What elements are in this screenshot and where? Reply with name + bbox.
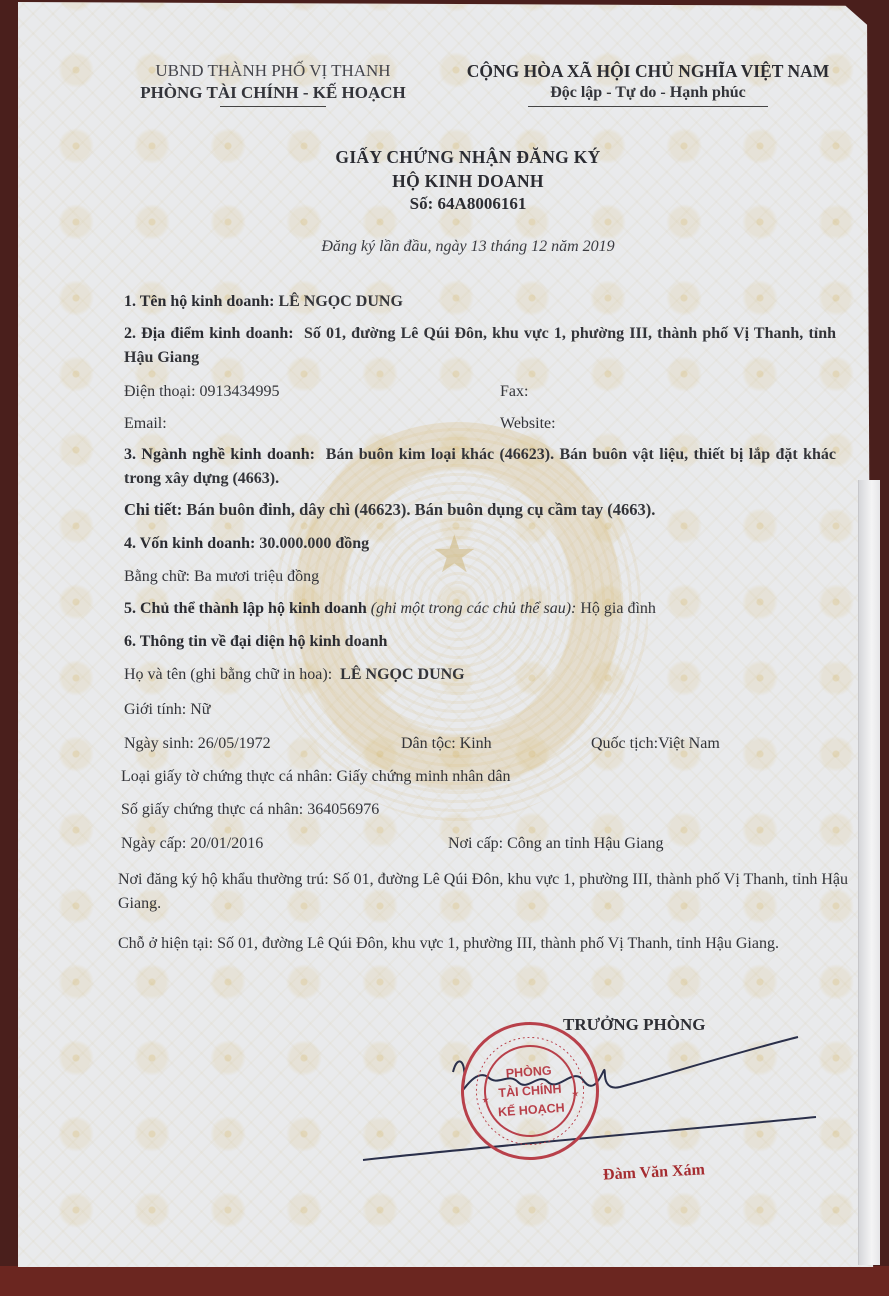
field-label: Loại giấy tờ chứng thực cá nhân: bbox=[121, 768, 333, 785]
ethnicity-value: Kinh bbox=[460, 735, 492, 752]
authority-line-1: UBND THÀNH PHỐ VỊ THANH bbox=[108, 60, 438, 82]
field-label: 3. Ngành nghề kinh doanh: bbox=[124, 446, 315, 463]
field-label: Nơi đăng ký hộ khẩu thường trú: bbox=[118, 871, 329, 888]
capital-value: 30.000.000 đồng bbox=[259, 535, 369, 552]
id-issue-date-row: Ngày cấp: 20/01/2016 bbox=[121, 834, 263, 854]
id-issue-place-row: Nơi cấp: Công an tỉnh Hậu Giang bbox=[448, 834, 664, 854]
dob-row: Ngày sinh: 26/05/1972 bbox=[124, 734, 271, 754]
id-number-row: Số giấy chứng thực cá nhân: 364056976 bbox=[121, 800, 379, 820]
issuing-authority: UBND THÀNH PHỐ VỊ THANH PHÒNG TÀI CHÍNH … bbox=[108, 60, 438, 107]
founder-type: Hộ gia đình bbox=[580, 600, 656, 617]
website-row: Website: bbox=[500, 414, 556, 434]
business-lines-row: 3. Ngành nghề kinh doanh: Bán buôn kim l… bbox=[124, 443, 836, 491]
title-line-2: HỘ KINH DOANH bbox=[218, 169, 718, 193]
field-label: Họ và tên (ghi bằng chữ in hoa): bbox=[124, 666, 332, 683]
field-label: Bằng chữ: bbox=[124, 568, 190, 585]
certificate-document: ★ UBND THÀNH PHỐ VỊ THANH PHÒNG TÀI CHÍN… bbox=[18, 2, 880, 1267]
motto: Độc lập - Tự do - Hạnh phúc bbox=[438, 82, 858, 104]
field-label: Số giấy chứng thực cá nhân: bbox=[121, 801, 303, 818]
field-label: Quốc tịch: bbox=[591, 735, 658, 752]
ethnicity-row: Dân tộc: Kinh bbox=[401, 734, 492, 754]
field-label: 1. Tên hộ kinh doanh: bbox=[124, 293, 274, 310]
business-location-row: 2. Địa điểm kinh doanh: Số 01, đường Lê … bbox=[124, 322, 836, 370]
field-label: 4. Vốn kinh doanh: bbox=[124, 535, 255, 552]
phone-row: Điện thoại: 0913434995 bbox=[124, 382, 280, 402]
id-issue-place-value: Công an tỉnh Hậu Giang bbox=[507, 835, 663, 852]
country-name: CỘNG HÒA XÃ HỘI CHỦ NGHĨA VIỆT NAM bbox=[438, 60, 858, 82]
divider bbox=[528, 106, 768, 107]
authority-line-2: PHÒNG TÀI CHÍNH - KẾ HOẠCH bbox=[108, 82, 438, 104]
gender-row: Giới tính: Nữ bbox=[124, 700, 210, 720]
field-label: Fax: bbox=[500, 383, 528, 400]
paper-edge bbox=[858, 480, 880, 1265]
id-issue-date-value: 20/01/2016 bbox=[190, 835, 263, 852]
field-label: Nơi cấp: bbox=[448, 835, 503, 852]
field-label: Ngày cấp: bbox=[121, 835, 186, 852]
document-title: GIẤY CHỨNG NHẬN ĐĂNG KÝ HỘ KINH DOANH Số… bbox=[218, 145, 718, 215]
nationality-value: Việt Nam bbox=[658, 735, 720, 752]
field-label: Chỗ ở hiện tại: bbox=[118, 935, 213, 952]
phone-value: 0913434995 bbox=[200, 383, 280, 400]
gender-value: Nữ bbox=[190, 701, 210, 718]
section-heading: 6. Thông tin về đại diện hộ kinh doanh bbox=[124, 633, 387, 650]
permanent-address-row: Nơi đăng ký hộ khẩu thường trú: Số 01, đ… bbox=[118, 868, 848, 916]
national-motto: CỘNG HÒA XÃ HỘI CHỦ NGHĨA VIỆT NAM Độc l… bbox=[438, 60, 858, 107]
nationality-row: Quốc tịch:Việt Nam bbox=[591, 734, 720, 754]
background-surface bbox=[0, 1266, 889, 1296]
business-name-row: 1. Tên hộ kinh doanh: LÊ NGỌC DUNG bbox=[124, 292, 403, 312]
divider bbox=[220, 106, 326, 107]
certificate-number: Số: 64A8006161 bbox=[218, 193, 718, 215]
current-address-value: Số 01, đường Lê Qúi Đôn, khu vực 1, phườ… bbox=[217, 935, 779, 952]
field-note: (ghi một trong các chủ thể sau): bbox=[371, 600, 577, 617]
current-address-row: Chỗ ở hiện tại: Số 01, đường Lê Qúi Đôn,… bbox=[118, 932, 848, 956]
id-type-value: Giấy chứng minh nhân dân bbox=[337, 768, 511, 785]
founder-type-row: 5. Chủ thể thành lập hộ kinh doanh (ghi … bbox=[124, 599, 656, 619]
field-label: Ngày sinh: bbox=[124, 735, 194, 752]
title-line-1: GIẤY CHỨNG NHẬN ĐĂNG KÝ bbox=[218, 145, 718, 169]
id-type-row: Loại giấy tờ chứng thực cá nhân: Giấy ch… bbox=[121, 767, 510, 787]
official-seal: ★ ★ PHÒNG TÀI CHÍNH KẾ HOẠCH bbox=[456, 1017, 603, 1164]
field-label: 5. Chủ thể thành lập hộ kinh doanh bbox=[124, 600, 367, 617]
email-row: Email: bbox=[124, 414, 167, 434]
detail-row: Chi tiết: Bán buôn đinh, dây chì (46623)… bbox=[124, 500, 655, 520]
representative-name: LÊ NGỌC DUNG bbox=[340, 666, 464, 683]
field-label: Chi tiết: bbox=[124, 500, 182, 519]
dob-value: 26/05/1972 bbox=[198, 735, 271, 752]
business-name: LÊ NGỌC DUNG bbox=[278, 293, 402, 310]
field-label: 2. Địa điểm kinh doanh: bbox=[124, 325, 294, 342]
field-label: Điện thoại: bbox=[124, 383, 196, 400]
capital-row: 4. Vốn kinh doanh: 30.000.000 đồng bbox=[124, 534, 369, 554]
field-label: Giới tính: bbox=[124, 701, 186, 718]
seal-line-3: KẾ HOẠCH bbox=[497, 1098, 565, 1122]
id-number-value: 364056976 bbox=[307, 801, 379, 818]
field-label: Email: bbox=[124, 415, 167, 432]
full-name-row: Họ và tên (ghi bằng chữ in hoa): LÊ NGỌC… bbox=[124, 665, 465, 685]
capital-in-words: Ba mươi triệu đồng bbox=[194, 568, 319, 585]
fax-row: Fax: bbox=[500, 382, 528, 402]
representative-heading: 6. Thông tin về đại diện hộ kinh doanh bbox=[124, 632, 387, 652]
capital-in-words-row: Bằng chữ: Ba mươi triệu đồng bbox=[124, 567, 319, 587]
field-label: Dân tộc: bbox=[401, 735, 456, 752]
first-registration-date: Đăng ký lần đầu, ngày 13 tháng 12 năm 20… bbox=[218, 238, 718, 256]
field-label: Website: bbox=[500, 415, 556, 432]
business-detail: Bán buôn đinh, dây chì (46623). Bán buôn… bbox=[186, 500, 655, 519]
